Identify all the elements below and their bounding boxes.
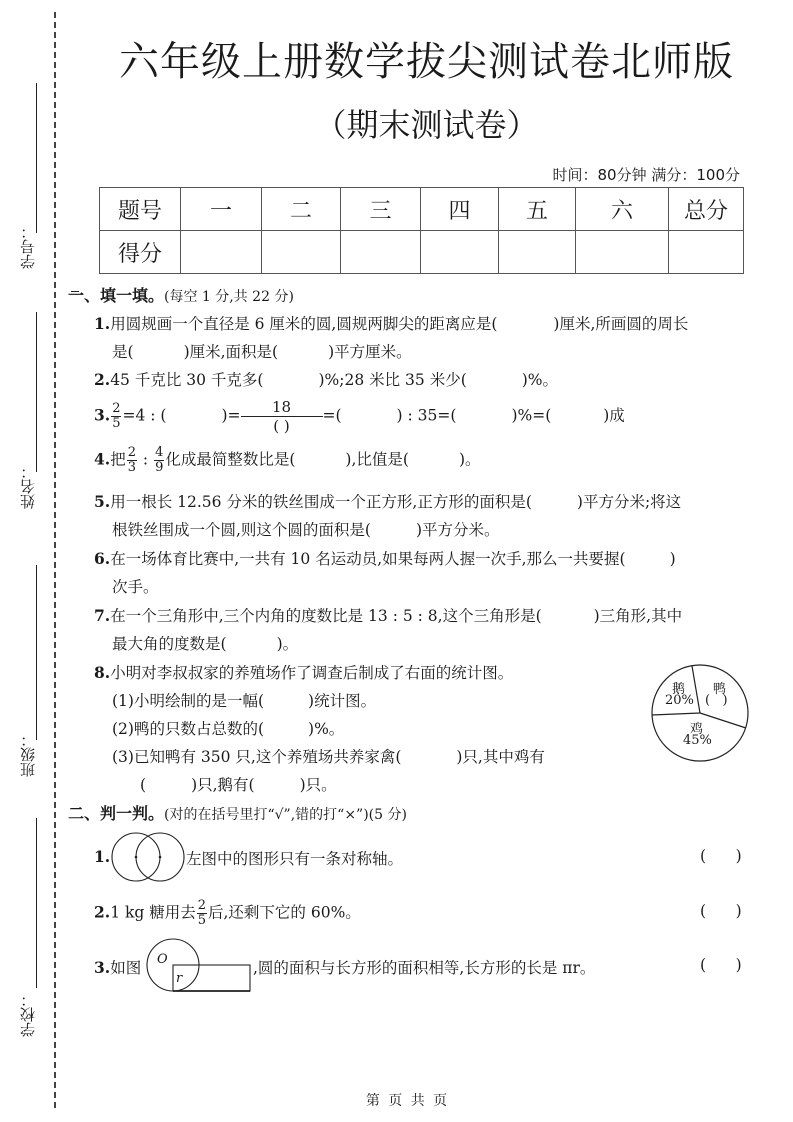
question-text: (: [140, 776, 146, 794]
judge-answer-2[interactable]: ( ): [700, 902, 742, 920]
score-cell[interactable]: [181, 231, 262, 274]
question-8-sub2: (2)鸭的只数占总数的()%。: [112, 717, 344, 739]
fraction: 25: [197, 899, 207, 928]
question-8-sub1: (1)小明绘制的是一幅()统计图。: [112, 689, 376, 711]
figure-label-r: r: [176, 971, 182, 986]
question-text: )%。: [308, 720, 344, 738]
question-number: 3.: [94, 406, 110, 425]
page-subtitle: （期末测试卷）: [0, 100, 793, 146]
school-line[interactable]: [36, 818, 37, 988]
question-text: ): [670, 550, 676, 568]
question-number: 8.: [94, 663, 110, 682]
question-number: 2.: [94, 370, 110, 389]
numerator: 4: [154, 446, 164, 461]
question-text: )%=(: [511, 407, 551, 425]
binding-dashed-line: [54, 12, 56, 1108]
question-text: )只,鹅有(: [191, 776, 255, 794]
question-8-sub3-line1: (3)已知鸭有 350 只,这个养殖场共养家禽()只,其中鸡有: [112, 745, 545, 767]
pie-value-duck: ( ): [705, 693, 728, 708]
fraction: 23: [127, 446, 137, 475]
question-text: =(: [323, 407, 342, 425]
class-line[interactable]: [36, 565, 37, 740]
name-line[interactable]: [36, 312, 37, 472]
section1-title: 一、填一填。: [68, 286, 164, 305]
question-text: 1 kg 糖用去: [110, 904, 196, 922]
score-table-header-row: 题号 一 二 三 四 五 六 总分: [100, 188, 744, 231]
question-text: :: [138, 451, 153, 469]
judge-question-3: 3.如图: [94, 956, 141, 978]
numerator: 2: [197, 899, 207, 914]
question-7-line2: 最大角的度数是()。: [112, 632, 298, 654]
question-number: 1.: [94, 314, 110, 333]
question-8-sub3-line2: ()只,鹅有()只。: [140, 773, 337, 795]
question-6-line1: 6.在一场体育比赛中,一共有 10 名运动员,如果每两人握一次手,那么一共要握(…: [94, 547, 676, 569]
question-number: 7.: [94, 606, 110, 625]
header-cell: 题号: [100, 188, 181, 231]
figure-label-o: O: [157, 952, 168, 967]
numerator: 2: [127, 446, 137, 461]
score-table-score-row: 得分: [100, 231, 744, 274]
question-5-line1: 5.用一根长 12.56 分米的铁丝围成一个正方形,正方形的面积是()平方分米;…: [94, 490, 681, 512]
overlapping-circles-figure: [108, 830, 188, 884]
question-number: 2.: [94, 903, 110, 922]
question-text: 在一个三角形中,三个内角的度数比是 13 : 5 : 8,这个三角形是(: [110, 607, 541, 625]
score-cell[interactable]: [421, 231, 499, 274]
question-text: (3)已知鸭有 350 只,这个养殖场共养家禽(: [112, 748, 401, 766]
question-number: 3.: [94, 958, 110, 977]
judge-answer-3[interactable]: ( ): [700, 956, 742, 974]
score-cell[interactable]: [499, 231, 576, 274]
section1-note: (每空 1 分,共 22 分): [164, 289, 294, 305]
question-text: 在一场体育比赛中,一共有 10 名运动员,如果每两人握一次手,那么一共要握(: [110, 550, 625, 568]
question-text: 如图: [110, 959, 141, 977]
name-label: 姓名：: [14, 462, 42, 512]
header-cell: 一: [181, 188, 262, 231]
header-cell: 六: [576, 188, 669, 231]
question-text: =4 : (: [122, 407, 166, 425]
score-cell[interactable]: [262, 231, 341, 274]
question-text: ),比值是(: [345, 451, 409, 469]
header-cell: 二: [262, 188, 341, 231]
question-text: 用一根长 12.56 分米的铁丝围成一个正方形,正方形的面积是(: [110, 493, 532, 511]
question-number: 6.: [94, 549, 110, 568]
question-text: 次手。: [112, 578, 159, 596]
section1-heading: 一、填一填。(每空 1 分,共 22 分): [68, 283, 294, 306]
section2-heading: 二、判一判。(对的在括号里打“√”,错的打“×”)(5 分): [68, 801, 407, 824]
denominator: 5: [112, 417, 120, 431]
question-number: 4.: [94, 450, 110, 469]
page-footer: 第 页 共 页: [0, 1090, 793, 1110]
fraction: 25: [111, 402, 121, 431]
question-text: )只,其中鸡有: [456, 748, 544, 766]
question-text: (2)鸭的只数占总数的(: [112, 720, 264, 738]
question-text: (1)小明绘制的是一幅(: [112, 692, 264, 710]
score-cell[interactable]: [341, 231, 421, 274]
question-text: )统计图。: [308, 692, 376, 710]
page-title: 六年级上册数学拔尖测试卷北师版: [0, 30, 793, 87]
judge-question-1-text: 左图中的图形只有一条对称轴。: [186, 847, 403, 869]
score-table: 题号 一 二 三 四 五 六 总分 得分: [99, 187, 744, 274]
denominator-blank[interactable]: ( ): [273, 417, 289, 435]
question-4: 4.把23 : 49化成最简整数比是(),比值是()。: [94, 446, 481, 475]
question-text: )%。: [522, 371, 558, 389]
question-5-line2: 根铁丝围成一个圆,则这个圆的面积是()平方分米。: [112, 518, 500, 540]
pie-value-chicken: 45%: [683, 733, 712, 748]
question-6-line2: 次手。: [112, 575, 159, 597]
score-cell[interactable]: [669, 231, 744, 274]
question-text: 把: [110, 451, 126, 469]
question-1-line1: 1.用圆规画一个直径是 6 厘米的圆,圆规两脚尖的距离应是()厘米,所画圆的周长: [94, 312, 688, 334]
pie-chart: [648, 662, 754, 764]
question-text: 小明对李叔叔家的养殖场作了调查后制成了右面的统计图。: [110, 664, 513, 682]
question-text: )%;28 米比 35 米少(: [318, 371, 466, 389]
question-text: )。: [277, 635, 299, 653]
header-cell: 五: [499, 188, 576, 231]
question-text: ) : 35=(: [397, 407, 457, 425]
question-number: 5.: [94, 492, 110, 511]
question-text: )厘米,所画圆的周长: [553, 315, 688, 333]
question-7-line1: 7.在一个三角形中,三个内角的度数比是 13 : 5 : 8,这个三角形是()三…: [94, 604, 682, 626]
class-label: 班级：: [14, 730, 42, 780]
question-text: 用圆规画一个直径是 6 厘米的圆,圆规两脚尖的距离应是(: [110, 315, 497, 333]
denominator: 3: [128, 461, 136, 475]
fraction-18-over-blank: 18( ): [241, 398, 323, 435]
question-text: 化成最简整数比是(: [165, 451, 295, 469]
header-cell: 四: [421, 188, 499, 231]
question-3: 3.25=4 : ()=18( )=() : 35=()%=()成: [94, 398, 625, 435]
question-text: 45 千克比 30 千克多(: [110, 371, 263, 389]
question-1-line2: 是()厘米,面积是()平方厘米。: [112, 340, 412, 362]
question-text: 根铁丝围成一个圆,则这个圆的面积是(: [112, 521, 371, 539]
school-label: 学校：: [14, 990, 42, 1040]
numerator: 18: [241, 398, 323, 417]
student-id-label: 学号：: [14, 222, 42, 272]
question-text: )=: [221, 407, 240, 425]
question-text: )厘米,面积是(: [184, 343, 279, 361]
question-text: 是(: [112, 343, 134, 361]
pie-value-goose: 20%: [665, 693, 694, 708]
question-8-intro: 8.小明对李叔叔家的养殖场作了调查后制成了右面的统计图。: [94, 661, 513, 683]
question-text: )平方分米。: [416, 521, 500, 539]
header-cell: 总分: [669, 188, 744, 231]
judge-question-3-text: ,圆的面积与长方形的面积相等,长方形的长是 πr。: [253, 956, 595, 978]
score-row-label: 得分: [100, 231, 181, 274]
score-cell[interactable]: [576, 231, 669, 274]
question-text: 最大角的度数是(: [112, 635, 227, 653]
section2-title: 二、判一判。: [68, 804, 164, 823]
numerator: 2: [111, 402, 121, 417]
question-text: )三角形,其中: [594, 607, 682, 625]
denominator: 5: [198, 914, 206, 928]
judge-answer-1[interactable]: ( ): [700, 847, 742, 865]
question-text: )成: [603, 407, 625, 425]
question-text: )平方分米;将这: [577, 493, 681, 511]
question-text: )平方厘米。: [328, 343, 412, 361]
question-text: )。: [459, 451, 481, 469]
question-text: 后,还剩下它的 60%。: [208, 904, 361, 922]
time-info: 时间：80分钟 满分：100分: [553, 164, 741, 185]
judge-question-2: 2.1 kg 糖用去25后,还剩下它的 60%。: [94, 899, 361, 928]
header-cell: 三: [341, 188, 421, 231]
fraction: 49: [154, 446, 164, 475]
denominator: 9: [155, 461, 163, 475]
question-2: 2.45 千克比 30 千克多()%;28 米比 35 米少()%。: [94, 368, 558, 390]
section2-note: (对的在括号里打“√”,错的打“×”)(5 分): [164, 807, 407, 823]
question-text: )只。: [300, 776, 337, 794]
